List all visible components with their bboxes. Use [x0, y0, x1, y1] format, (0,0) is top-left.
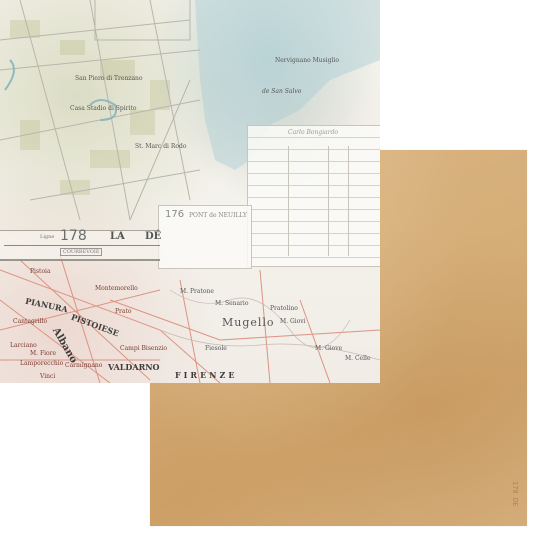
- map-label: de San Salvo: [262, 88, 301, 95]
- ledger-column-line: [328, 146, 329, 256]
- map-label: San Piero di Trenzano: [75, 75, 143, 82]
- map-label: Pistoia: [30, 268, 51, 275]
- railway-card-176: 176 PONT de NEUILLY: [158, 205, 252, 269]
- map-label: Nervignano Musiglio: [275, 57, 339, 64]
- map-label: M. Fiore: [30, 350, 56, 357]
- ledger-column-line: [288, 146, 289, 256]
- map-label: Larciano: [10, 342, 37, 349]
- strip-number: 178: [60, 228, 87, 244]
- map-label: Carmignano: [65, 362, 102, 369]
- strip-ligne-label: Ligne: [40, 234, 54, 240]
- kraft-stamp: 178 DE: [511, 481, 519, 506]
- map-label: Prato: [115, 308, 132, 315]
- map-label: M. Celle: [345, 355, 371, 362]
- map-label: Vinci: [40, 373, 55, 380]
- map-label: Campi Bisenzio: [120, 345, 167, 352]
- map-label: Casa Stadio di Spirito: [70, 105, 136, 112]
- map-label: Mugello: [222, 316, 275, 329]
- map-label: M. Giovi: [280, 318, 306, 325]
- strip-la: LA: [110, 231, 125, 242]
- map-label: Fiesole: [205, 345, 227, 352]
- strip-de: DÉ: [145, 231, 161, 242]
- ledger-title: Carlo Bongiardo: [288, 129, 338, 136]
- strip-box: COURBEVOIE: [60, 248, 102, 256]
- ledger-card: Carlo Bongiardo: [247, 125, 380, 267]
- map-label: FIRENZE: [175, 370, 237, 380]
- card-number: 176: [165, 209, 184, 220]
- map-label: M. Giove: [315, 345, 342, 352]
- map-label: Cantagrillo: [13, 318, 47, 325]
- card-title: PONT de NEUILLY: [189, 212, 247, 219]
- map-label: M. Pratone: [180, 288, 214, 295]
- map-label: St. Marc di Rodo: [135, 143, 186, 150]
- map-label: Pratolino: [270, 305, 298, 312]
- map-label: VALDARNO: [108, 362, 160, 372]
- map-paper-sheet: Carlo Bongiardo 176 PONT de NEUILLY Lign…: [0, 0, 380, 383]
- strip-rule: [4, 245, 160, 246]
- map-label: Montemorello: [95, 285, 138, 292]
- map-label: M. Senario: [215, 300, 248, 307]
- map-label: Lamporecchio: [20, 360, 63, 367]
- railway-strip-178: Ligne 178 LA DÉ COURBEVOIE: [0, 230, 160, 261]
- ledger-column-line: [348, 146, 349, 256]
